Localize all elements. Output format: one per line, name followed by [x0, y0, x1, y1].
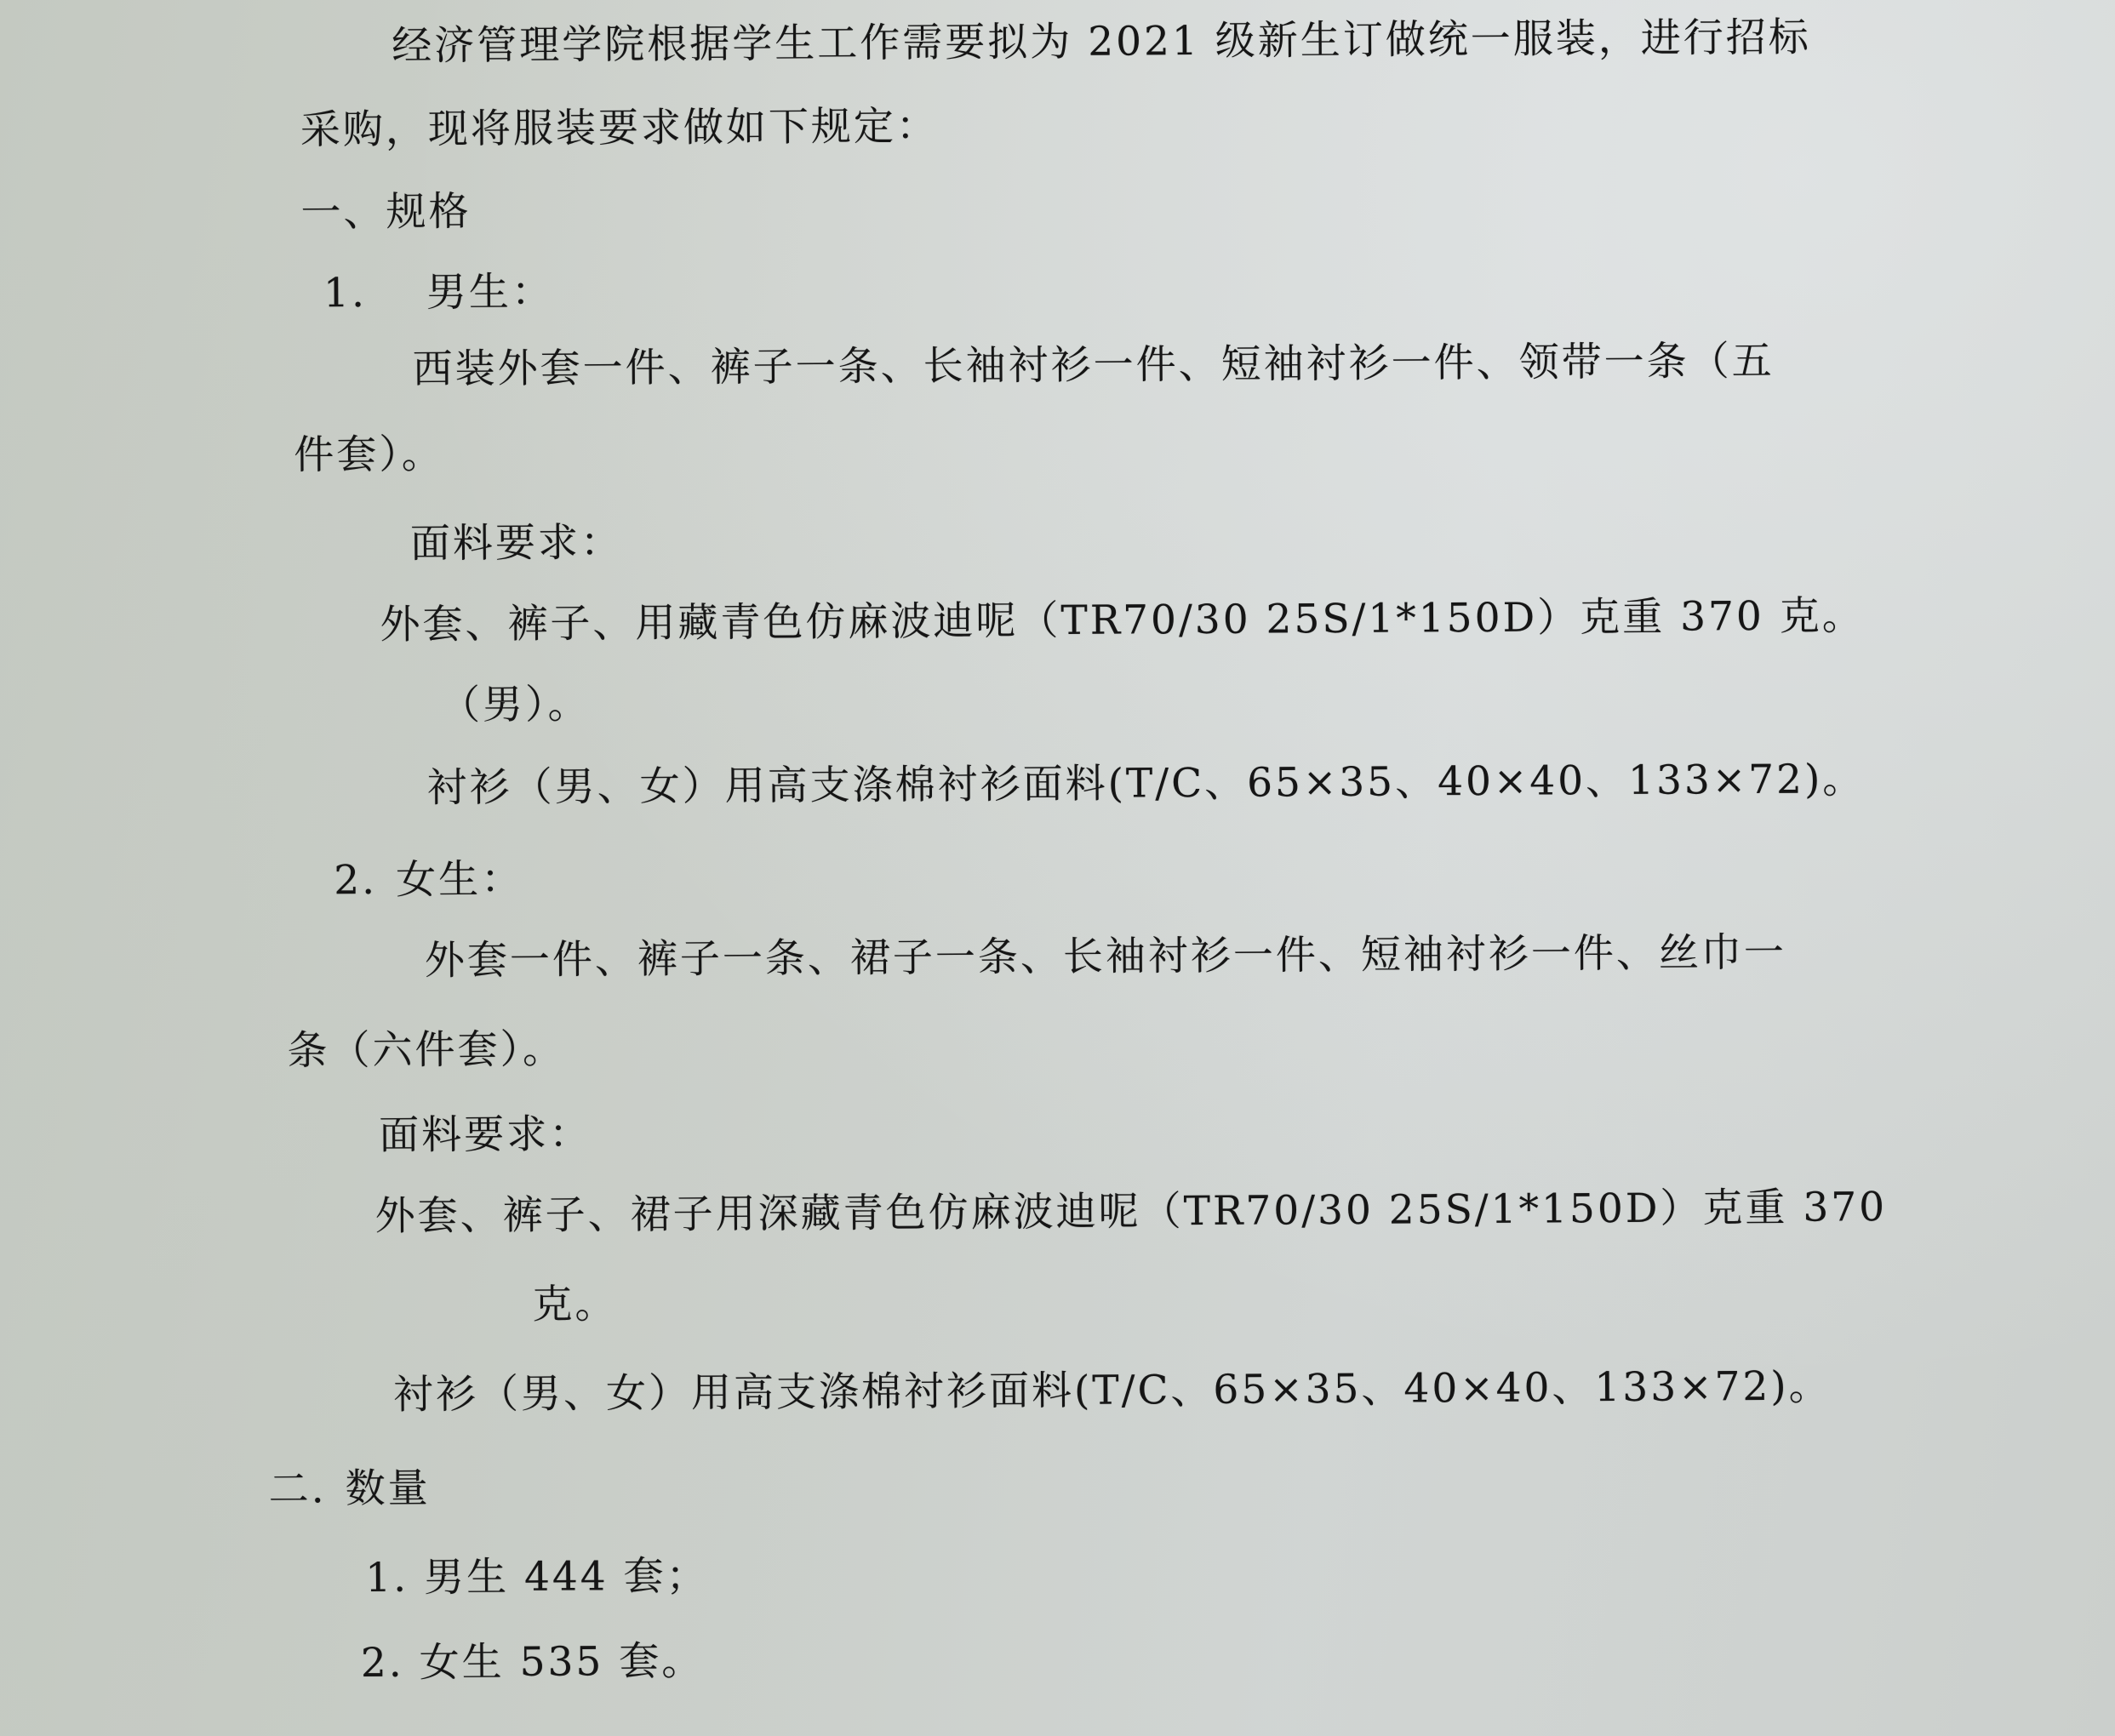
- male-items-line-1: 西装外套一件、裤子一条、长袖衬衫一件、短袖衬衫一件、领带一条（五: [412, 336, 1774, 396]
- quantity-item-male: 1. 男生 444 套；: [365, 1551, 709, 1604]
- female-subheading: 2.女生：: [334, 854, 523, 906]
- section-2-heading: 二.数量: [268, 1464, 430, 1516]
- female-fabric-outer-line-1: 外套、裤子、裙子用深藏青色仿麻波迪呢（TR70/30 25S/1*150D）克重…: [375, 1182, 1888, 1242]
- quantity-item-female: 2. 女生 535 套。: [361, 1636, 705, 1689]
- female-number: 2.: [334, 855, 377, 906]
- female-fabric-shirt: 衬衫（男、女）用高支涤棉衬衫面料(T/C、65×35、40×40、133×72)…: [393, 1361, 1832, 1420]
- female-items-line-1: 外套一件、裤子一条、裙子一条、长袖衬衫一件、短袖衬衫一件、丝巾一: [425, 928, 1786, 987]
- female-fabric-label: 面料要求：: [379, 1109, 592, 1162]
- male-subheading: 1.男生：: [323, 267, 554, 320]
- male-number: 1.: [323, 268, 367, 319]
- male-fabric-outer-line-2: （男）。: [440, 679, 591, 731]
- intro-line-1: 经济管理学院根据学生工作需要拟为 2021 级新生订做统一服装，进行招标: [392, 13, 1811, 72]
- female-items-line-2: 条（六件套）。: [287, 1025, 565, 1077]
- section-2-number: 二.: [268, 1464, 326, 1515]
- male-label: 男生：: [426, 269, 554, 317]
- male-fabric-shirt: 衬衫（男、女）用高支涤棉衬衫面料(T/C、65×35、40×40、133×72)…: [426, 754, 1865, 814]
- female-fabric-outer-line-2: 克。: [532, 1279, 617, 1331]
- section-2-title: 数量: [345, 1465, 430, 1513]
- document-page: 经济管理学院根据学生工作需要拟为 2021 级新生订做统一服装，进行招标 采购，…: [0, 0, 2115, 1736]
- male-items-line-2: 件套）。: [294, 429, 444, 481]
- male-fabric-label: 面料要求：: [410, 517, 623, 570]
- female-label: 女生：: [396, 856, 523, 904]
- male-fabric-outer-line-1: 外套、裤子、用藏青色仿麻波迪呢（TR70/30 25S/1*150D）克重 37…: [380, 591, 1865, 651]
- section-1-heading: 一、规格: [300, 186, 471, 238]
- intro-line-2: 采购，现将服装要求做如下规定：: [300, 101, 939, 157]
